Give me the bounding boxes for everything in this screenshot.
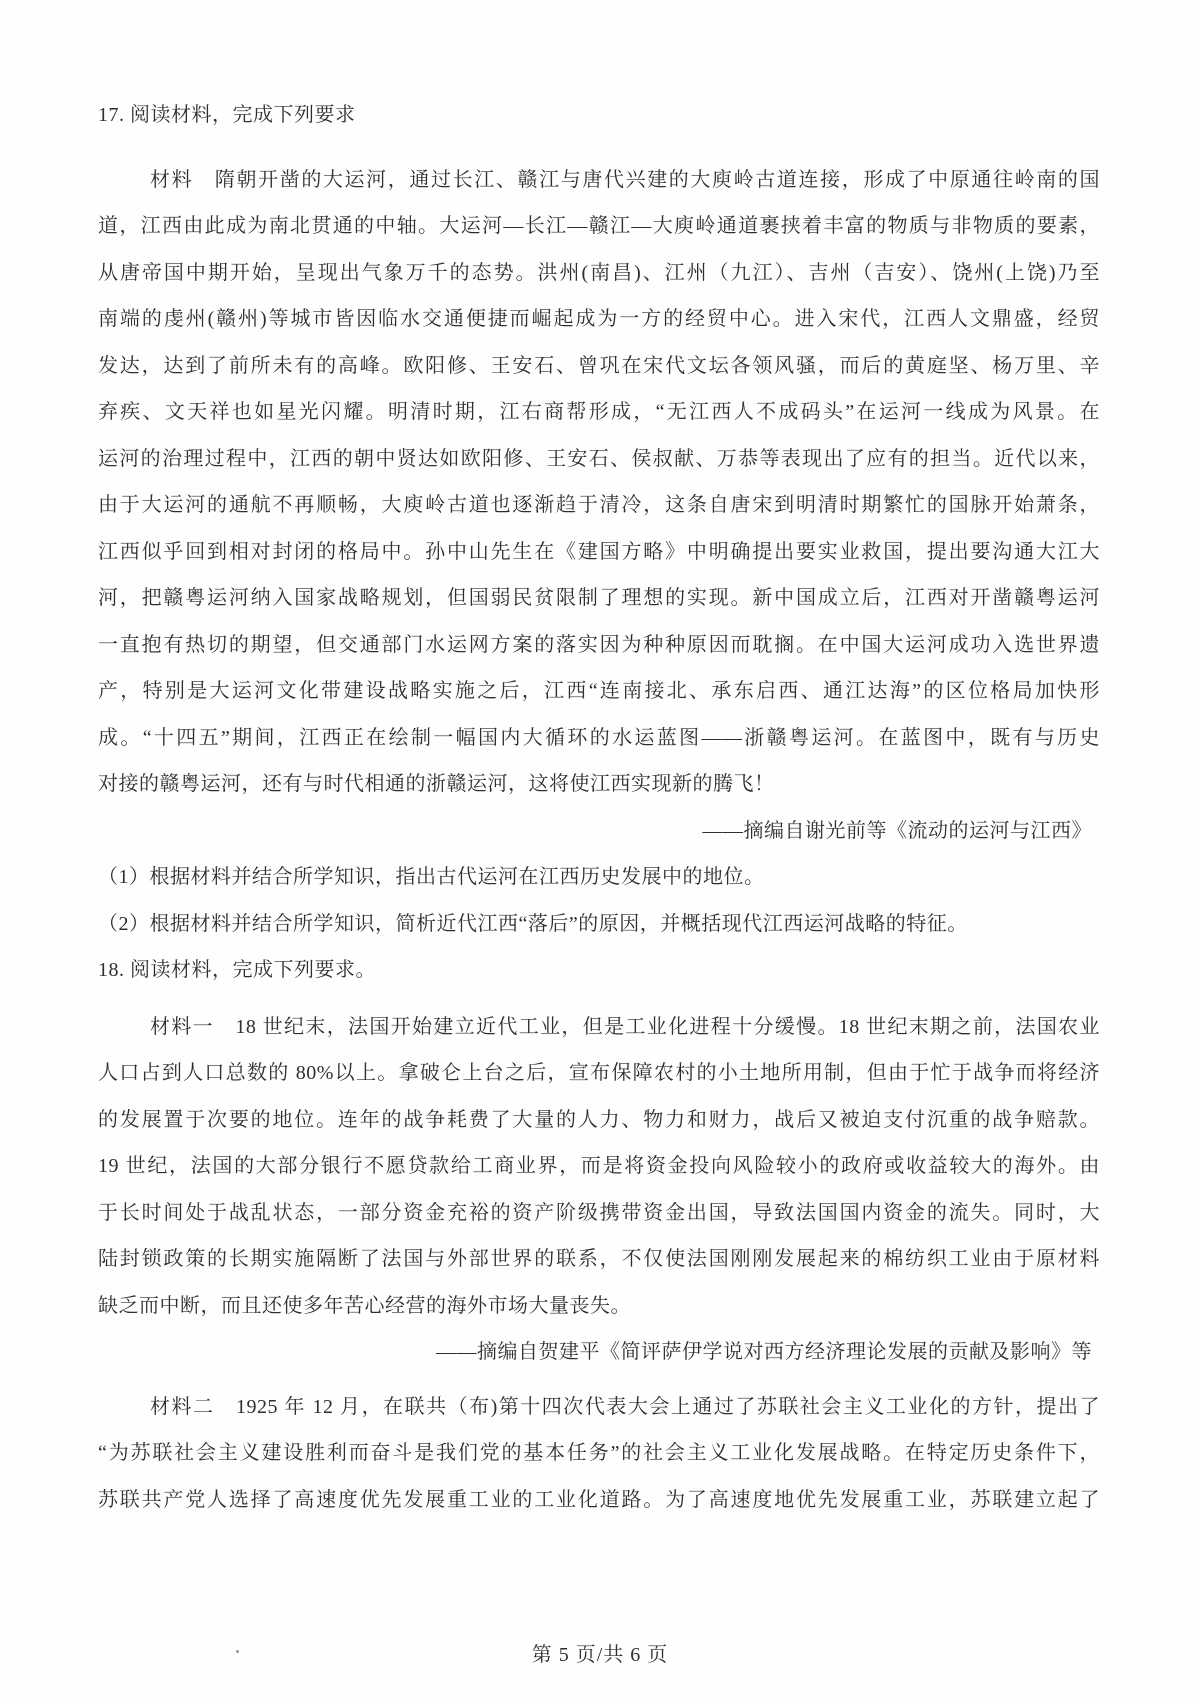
- text-line: 的发展置于次要的地位。连年的战争耗费了大量的人力、物力和财力，战后又被迫支付沉重…: [98, 1097, 1100, 1144]
- text-line: 由于大运河的通航不再顺畅，大庾岭古道也逐渐趋于清冷，这条自唐宋到明清时期繁忙的国…: [98, 482, 1100, 529]
- question-17-material-paragraph: 材料 隋朝开凿的大运河，通过长江、赣江与唐代兴建的大庾岭古道连接，形成了中原通往…: [98, 157, 1100, 808]
- text-line: 材料 隋朝开凿的大运河，通过长江、赣江与唐代兴建的大庾岭古道连接，形成了中原通往…: [98, 157, 1100, 204]
- text-line: 材料一 18 世纪末，法国开始建立近代工业，但是工业化进程十分缓慢。18 世纪末…: [98, 1004, 1100, 1051]
- text-line: 陆封锁政策的长期实施隔断了法国与外部世界的联系，不仅使法国刚刚发展起来的棉纺织工…: [98, 1236, 1100, 1283]
- question-17-sub-question-1: （1）根据材料并结合所学知识，指出古代运河在江西历史发展中的地位。: [98, 854, 1100, 901]
- text-line: 弃疾、文天祥也如星光闪耀。明清时期，江右商帮形成，“无江西人不成码头”在运河一线…: [98, 389, 1100, 436]
- question-17-source-citation: ——摘编自谢光前等《流动的运河与江西》: [98, 808, 1100, 855]
- text-line: 苏联共产党人选择了高速度优先发展重工业的工业化道路。为了高速度地优先发展重工业，…: [98, 1477, 1100, 1524]
- text-line: 发达，达到了前所未有的高峰。欧阳修、王安石、曾巩在宋代文坛各领风骚，而后的黄庭坚…: [98, 343, 1100, 390]
- question-17-header: 17. 阅读材料，完成下列要求: [98, 92, 1100, 139]
- text-line: “为苏联社会主义建设胜利而奋斗是我们党的基本任务”的社会主义工业化发展战略。在特…: [98, 1430, 1100, 1477]
- question-18-material-one-paragraph: 材料一 18 世纪末，法国开始建立近代工业，但是工业化进程十分缓慢。18 世纪末…: [98, 1004, 1100, 1330]
- text-line: 19 世纪，法国的大部分银行不愿贷款给工商业界，而是将资金投向风险较小的政府或收…: [98, 1143, 1100, 1190]
- text-line: 运河的治理过程中，江西的朝中贤达如欧阳修、王安石、侯叔献、万恭等表现出了应有的担…: [98, 436, 1100, 483]
- text-line: 南端的虔州(赣州)等城市皆因临水交通便捷而崛起成为一方的经贸中心。进入宋代，江西…: [98, 296, 1100, 343]
- text-line: 于长时间处于战乱状态，一部分资金充裕的资产阶级携带资金出国，导致法国国内资金的流…: [98, 1190, 1100, 1237]
- text-line: 河，把赣粤运河纳入国家战略规划，但国弱民贫限制了理想的实现。新中国成立后，江西对…: [98, 575, 1100, 622]
- scan-artifact-dot: [236, 1650, 239, 1653]
- text-line: 人口占到人口总数的 80%以上。拿破仑上台之后，宣布保障农村的小土地所用制，但由…: [98, 1050, 1100, 1097]
- page-content: 17. 阅读材料，完成下列要求 材料 隋朝开凿的大运河，通过长江、赣江与唐代兴建…: [98, 92, 1100, 1523]
- text-line: 产，特别是大运河文化带建设战略实施之后，江西“连南接北、承东启西、通江达海”的区…: [98, 668, 1100, 715]
- text-line: 道，江西由此成为南北贯通的中轴。大运河—长江—赣江—大庾岭通道裹挟着丰富的物质与…: [98, 203, 1100, 250]
- text-line: 对接的赣粤运河，还有与时代相通的浙赣运河，这将使江西实现新的腾飞！: [98, 761, 1100, 808]
- text-line: 成。“十四五”期间，江西正在绘制一幅国内大循环的水运蓝图——浙赣粤运河。在蓝图中…: [98, 715, 1100, 762]
- text-line: 从唐帝国中期开始，呈现出气象万千的态势。洪州(南昌)、江州（九江）、吉州（吉安）…: [98, 250, 1100, 297]
- exam-page: 17. 阅读材料，完成下列要求 材料 隋朝开凿的大运河，通过长江、赣江与唐代兴建…: [0, 0, 1200, 1698]
- question-18-material-two-paragraph: 材料二 1925 年 12 月，在联共（布)第十四次代表大会上通过了苏联社会主义…: [98, 1384, 1100, 1524]
- question-17-sub-question-2: （2）根据材料并结合所学知识，简析近代江西“落后”的原因，并概括现代江西运河战略…: [98, 901, 1100, 948]
- text-line: 一直抱有热切的期望，但交通部门水运网方案的落实因为种种原因而耽搁。在中国大运河成…: [98, 622, 1100, 669]
- text-line: 材料二 1925 年 12 月，在联共（布)第十四次代表大会上通过了苏联社会主义…: [98, 1384, 1100, 1431]
- question-18-header: 18. 阅读材料，完成下列要求。: [98, 947, 1100, 994]
- question-18-source-one-citation: ——摘编自贺建平《简评萨伊学说对西方经济理论发展的贡献及影响》等: [98, 1329, 1100, 1376]
- page-number: 第 5 页/共 6 页: [0, 1638, 1200, 1667]
- text-line: 缺乏而中断，而且还使多年苦心经营的海外市场大量丧失。: [98, 1283, 1100, 1330]
- text-line: 江西似乎回到相对封闭的格局中。孙中山先生在《建国方略》中明确提出要实业救国，提出…: [98, 529, 1100, 576]
